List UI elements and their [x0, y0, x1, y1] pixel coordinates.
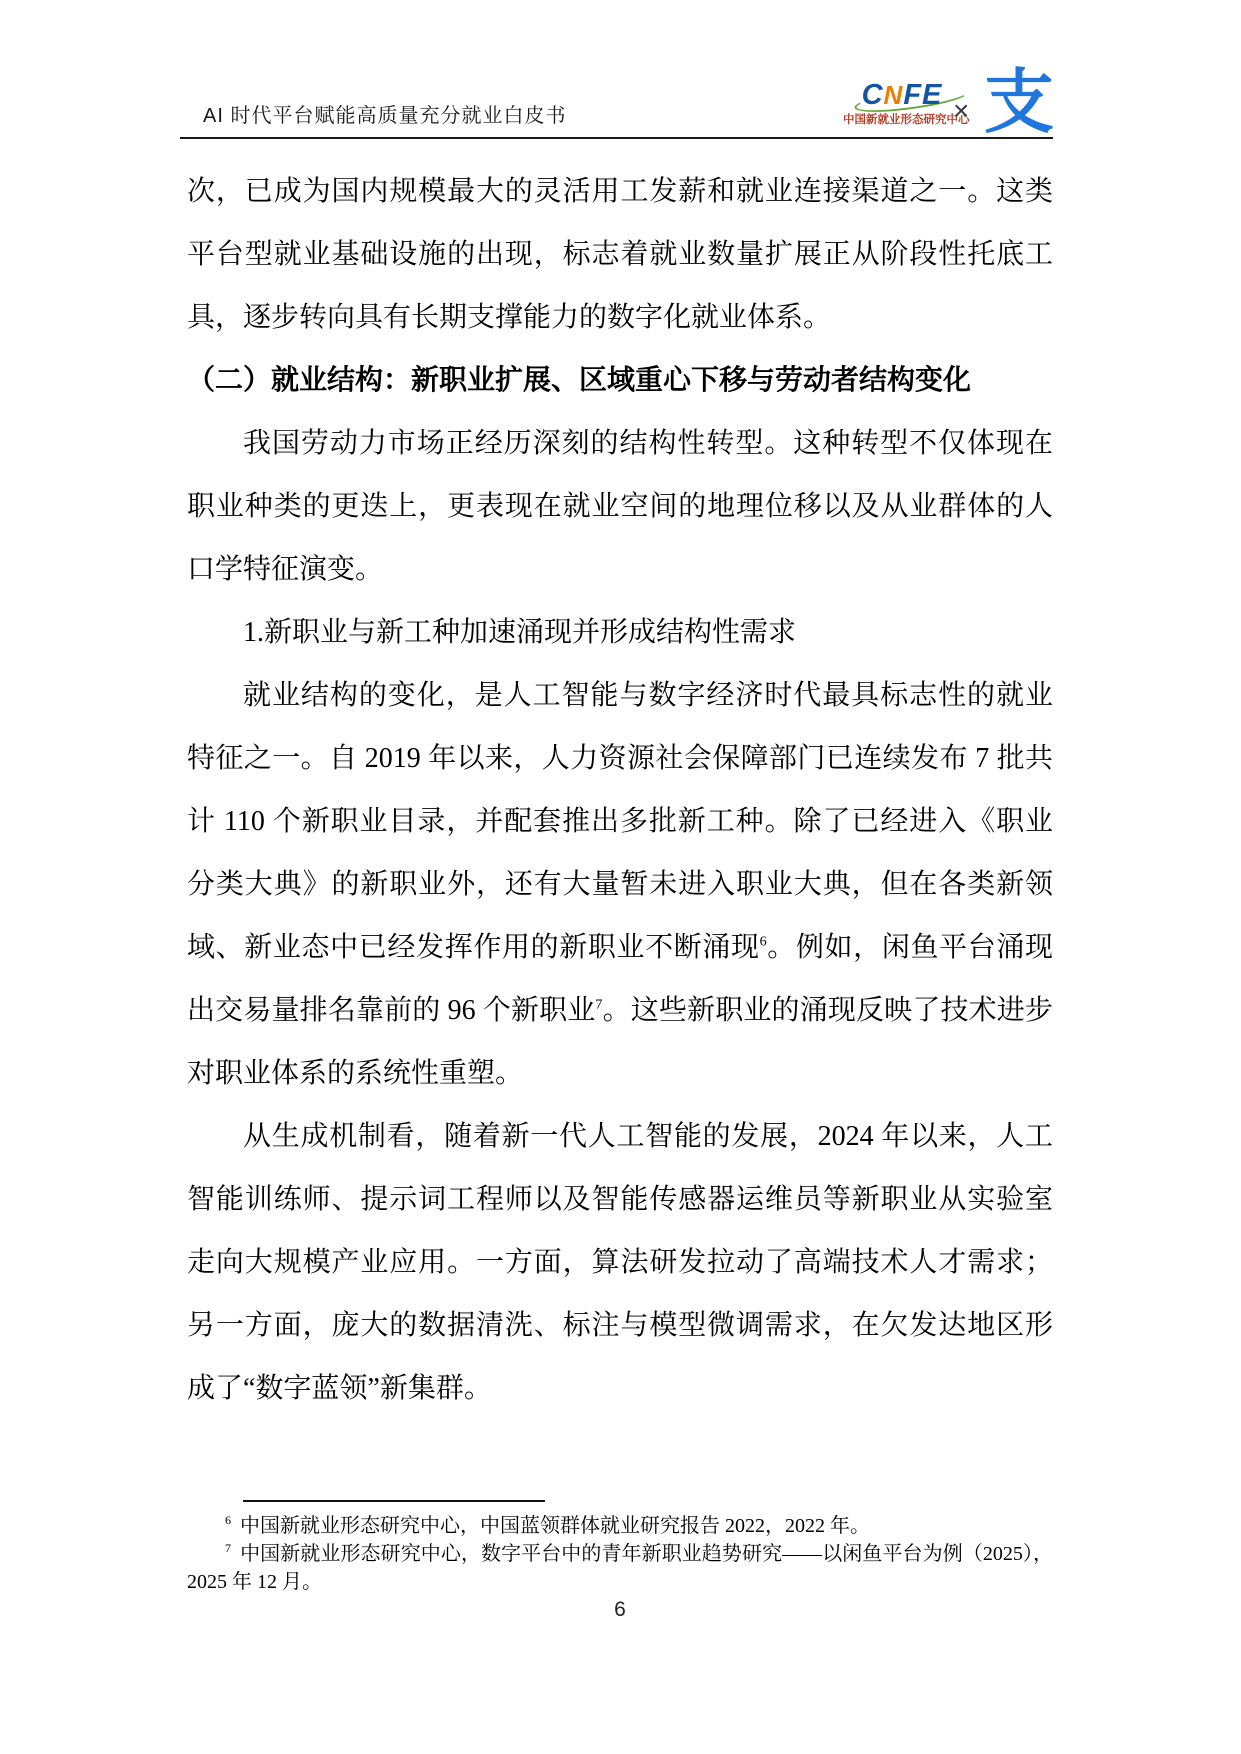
paragraph-structure-intro: 我国劳动力市场正经历深刻的结构性转型。这种转型不仅体现在职业种类的更迭上，更表现… [187, 412, 1053, 601]
cnfe-subtitle: 中国新就业形态研究中心 [843, 115, 961, 127]
paragraph-continuation: 次，已成为国内规模最大的灵活用工发薪和就业连接渠道之一。这类平台型就业基础设施的… [187, 160, 1053, 349]
footnote-6-marker: 6 [225, 1513, 231, 1527]
collab-x-mark: × [953, 97, 969, 125]
footnotes-section: 6中国新就业形态研究中心，中国蓝领群体就业研究报告 2022，2022 年。 7… [187, 1500, 1053, 1596]
document-body: 次，已成为国内规模最大的灵活用工发薪和就业连接渠道之一。这类平台型就业基础设施的… [187, 160, 1053, 1420]
paragraph-segment: 就业结构的变化，是人工智能与数字经济时代最具标志性的就业特征之一。自 2019 … [187, 680, 1053, 963]
document-page: AI 时代平台赋能高质量充分就业白皮书 CNFE 中国新就业形态研究中心 × 支… [0, 0, 1241, 1754]
cnfe-letters-fe: FE [903, 79, 942, 111]
alipay-logo-icon: 支 [984, 58, 1054, 146]
cnfe-letter-c: C [862, 79, 884, 111]
sub-heading-new-occupations: 1.新职业与新工种加速涌现并形成结构性需求 [187, 601, 1053, 664]
header-title: AI 时代平台赋能高质量充分就业白皮书 [203, 99, 566, 128]
footnote-separator [243, 1500, 545, 1502]
cnfe-letter-n-icon: N [884, 80, 904, 110]
footnote-ref-6: 6 [760, 935, 767, 950]
footnote-6: 6中国新就业形态研究中心，中国蓝领群体就业研究报告 2022，2022 年。 [187, 1512, 1053, 1540]
page-number: 6 [187, 1598, 1053, 1622]
cnfe-logo: CNFE 中国新就业形态研究中心 [843, 80, 961, 126]
paragraph-generation-mechanism: 从生成机制看，随着新一代人工智能的发展，2024 年以来，人工智能训练师、提示词… [187, 1105, 1053, 1420]
paragraph-new-occupations: 就业结构的变化，是人工智能与数字经济时代最具标志性的就业特征之一。自 2019 … [187, 664, 1053, 1105]
footnote-7: 7中国新就业形态研究中心，数字平台中的青年新职业趋势研究——以闲鱼平台为例（20… [187, 1540, 1053, 1596]
footnote-7-marker: 7 [225, 1541, 231, 1555]
cnfe-wordmark: CNFE [862, 80, 943, 112]
footnote-6-text: 中国新就业形态研究中心，中国蓝领群体就业研究报告 2022，2022 年。 [240, 1515, 870, 1537]
section-heading: （二）就业结构：新职业扩展、区域重心下移与劳动者结构变化 [187, 349, 1053, 412]
header-rule [180, 137, 1053, 139]
footnote-7-text: 中国新就业形态研究中心，数字平台中的青年新职业趋势研究——以闲鱼平台为例（202… [187, 1543, 1053, 1593]
